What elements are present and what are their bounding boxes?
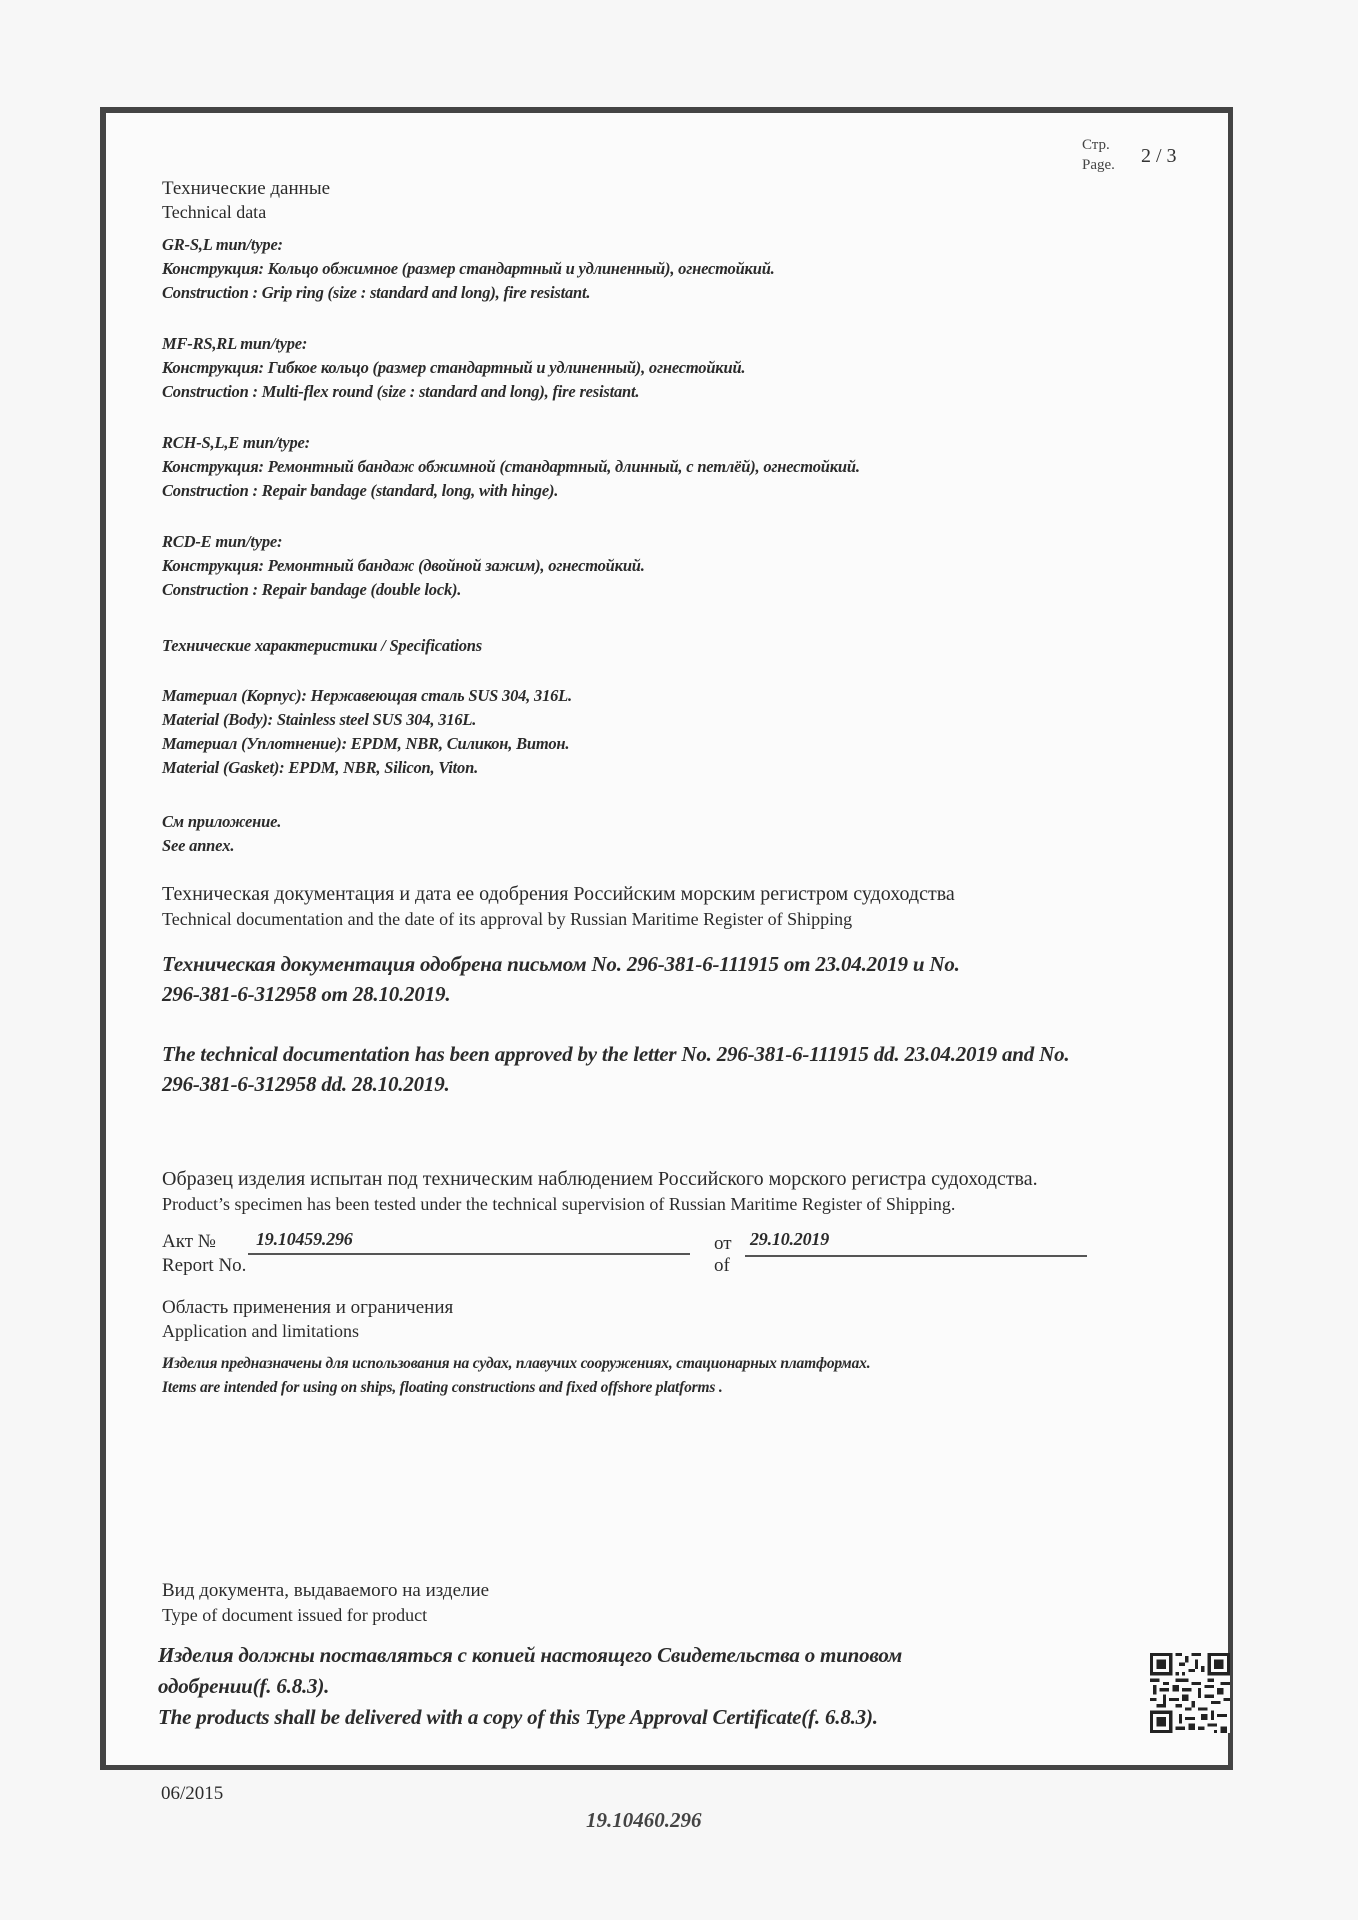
qr-code-icon [1150, 1653, 1230, 1733]
application-title-ru: Область применения и ограничения [162, 1297, 453, 1319]
type-mf-construction-en: Construction : Multi-flex round (size : … [162, 381, 639, 403]
report-of-label-en: of [714, 1255, 730, 1277]
report-number: 19.10459.296 [256, 1228, 353, 1250]
specimen-en: Product’s specimen has been tested under… [162, 1193, 955, 1215]
type-rch-label: RCH-S,L,E тип/type: [162, 432, 310, 454]
spec-line: Material (Body): Stainless steel SUS 304… [162, 709, 476, 731]
annex-en: See annex. [162, 835, 234, 857]
page-label-en: Page. [1082, 157, 1115, 174]
application-en: Items are intended for using on ships, f… [162, 1377, 723, 1399]
document-type-title-en: Type of document issued for product [162, 1604, 427, 1626]
specimen-ru: Образец изделия испытан под техническим … [162, 1168, 1038, 1191]
form-date: 06/2015 [161, 1783, 223, 1805]
type-rch-construction-ru: Конструкция: Ремонтный бандаж обжимной (… [162, 456, 860, 478]
type-rch-construction-en: Construction : Repair bandage (standard,… [162, 480, 558, 502]
annex-ru: См приложение. [162, 811, 281, 833]
report-label-en: Report No. [162, 1255, 246, 1277]
type-gr-label: GR-S,L тип/type: [162, 234, 283, 256]
application-title-en: Application and limitations [162, 1320, 359, 1342]
type-rcd-construction-ru: Конструкция: Ремонтный бандаж (двойной з… [162, 555, 645, 577]
type-gr-construction-ru: Конструкция: Кольцо обжимное (размер ста… [162, 258, 775, 280]
documentation-title-en: Technical documentation and the date of … [162, 908, 852, 930]
documentation-approval-en-2: 296-381-6-312958 dd. 28.10.2019. [162, 1069, 450, 1099]
spec-line: Material (Gasket): EPDM, NBR, Silicon, V… [162, 757, 478, 779]
report-date-underline [745, 1255, 1087, 1257]
document-type-ru-1: Изделия должны поставляться с копией нас… [158, 1640, 902, 1670]
technical-data-title-en: Technical data [162, 201, 266, 223]
documentation-approval-ru-2: 296-381-6-312958 от 28.10.2019. [162, 979, 450, 1009]
type-gr-construction-en: Construction : Grip ring (size : standar… [162, 282, 590, 304]
document-type-en: The products shall be delivered with a c… [158, 1702, 878, 1732]
application-ru: Изделия предназначены для использования … [162, 1353, 870, 1375]
report-label-ru: Акт № [162, 1231, 216, 1253]
type-mf-label: MF-RS,RL тип/type: [162, 333, 307, 355]
type-rcd-label: RCD-E тип/type: [162, 531, 282, 553]
documentation-title-ru: Техническая документация и дата ее одобр… [162, 883, 955, 906]
report-date: 29.10.2019 [750, 1228, 829, 1250]
certificate-number: 19.10460.296 [586, 1808, 702, 1833]
report-of-label-ru: от [714, 1233, 732, 1255]
technical-data-title-ru: Технические данные [162, 178, 330, 200]
document-type-ru-2: одобрении(f. 6.8.3). [158, 1671, 329, 1701]
page-number: 2 / 3 [1141, 145, 1177, 168]
documentation-approval-ru-1: Техническая документация одобрена письмо… [162, 949, 960, 979]
type-rcd-construction-en: Construction : Repair bandage (double lo… [162, 579, 461, 601]
type-mf-construction-ru: Конструкция: Гибкое кольцо (размер станд… [162, 357, 745, 379]
spec-line: Материал (Уплотнение): EPDM, NBR, Силико… [162, 733, 569, 755]
specifications-title: Технические характеристики / Specificati… [162, 635, 482, 657]
spec-line: Материал (Корпус): Нержавеющая сталь SUS… [162, 685, 572, 707]
document-type-title-ru: Вид документа, выдаваемого на изделие [162, 1580, 489, 1602]
report-number-underline [248, 1253, 690, 1255]
page-label-ru: Стр. [1082, 137, 1110, 154]
documentation-approval-en-1: The technical documentation has been app… [162, 1039, 1069, 1069]
